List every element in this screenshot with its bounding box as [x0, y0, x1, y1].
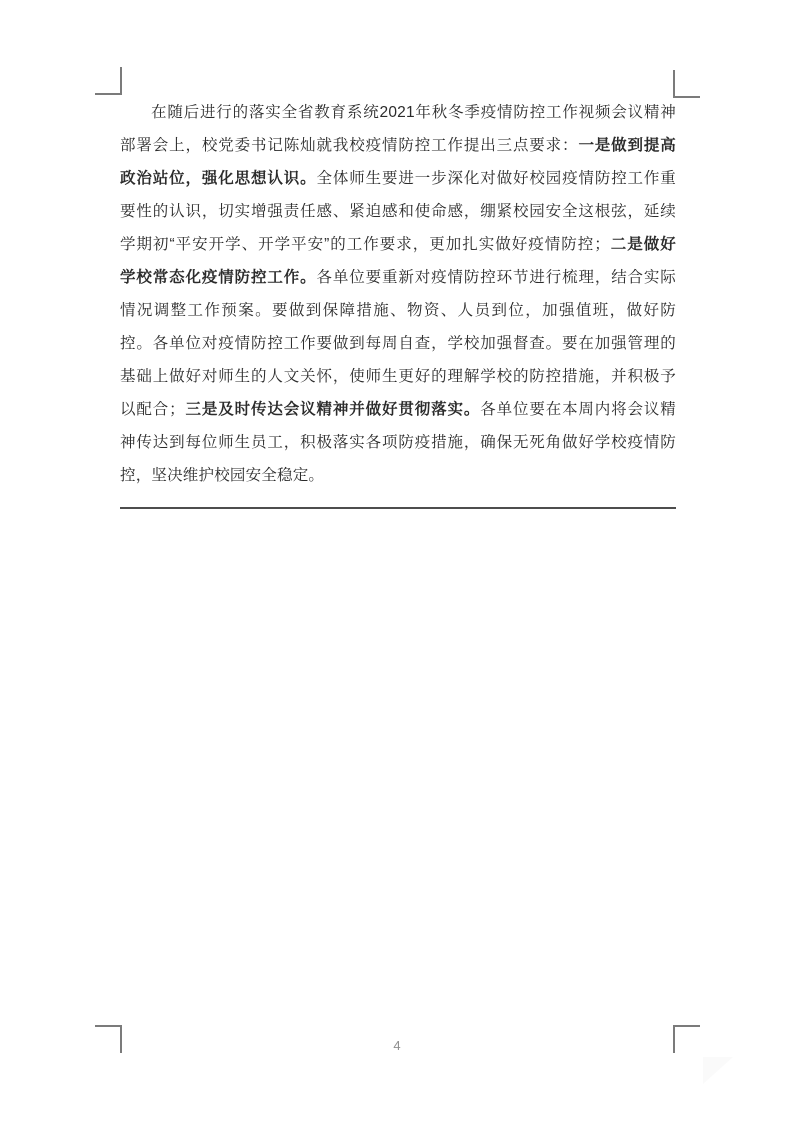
corner-mark-top-right-icon [673, 70, 700, 98]
text-segment: 控，坚决维护校园安全稳定。 [120, 467, 324, 484]
text-segment: 神传达到每位师生员工，积极落实各项防疫措施，确保无死角做好学校疫情防 [120, 434, 676, 451]
text-line: 控，坚决维护校园安全稳定。 [120, 459, 676, 492]
text-segment: 基础上做好对师生的人文关怀，使师生更好的理解学校的防控措施，并积极予 [120, 368, 676, 385]
emphasis-segment: 二是做好 [610, 236, 676, 253]
text-line: 部署会上，校党委书记陈灿就我校疫情防控工作提出三点要求：一是做到提高 [120, 129, 676, 162]
scan-artifact [703, 1057, 733, 1084]
emphasis-segment: 政治站位，强化思想认识。 [120, 170, 316, 187]
text-line: 基础上做好对师生的人文关怀，使师生更好的理解学校的防控措施，并积极予 [120, 360, 676, 393]
text-segment: 控。各单位对疫情防控工作要做到每周自查，学校加强督查。要在加强管理的 [120, 335, 676, 352]
text-segment: 各单位要在本周内将会议精 [480, 401, 676, 418]
text-segment: 以配合； [120, 401, 185, 418]
text-segment: 学期初“平安开学、开学平安”的工作要求，更加扎实做好疫情防控； [120, 236, 610, 253]
page-number: 4 [0, 1038, 794, 1053]
emphasis-segment: 学校常态化疫情防控工作。 [120, 269, 316, 286]
text-segment: 各单位要重新对疫情防控环节进行梳理，结合实际 [316, 269, 676, 286]
document-paragraph: 在随后进行的落实全省教育系统2021年秋冬季疫情防控工作视频会议精神部署会上，校… [120, 96, 676, 492]
text-line: 控。各单位对疫情防控工作要做到每周自查，学校加强督查。要在加强管理的 [120, 327, 676, 360]
text-line: 情况调整工作预案。要做到保障措施、物资、人员到位，加强值班，做好防 [120, 294, 676, 327]
text-segment: 在随后进行的落实全省教育系统2021年秋冬季疫情防控工作视频会议精神 [151, 104, 676, 121]
emphasis-segment: 三是及时传达会议精神并做好贯彻落实。 [185, 401, 480, 418]
text-line: 学校常态化疫情防控工作。各单位要重新对疫情防控环节进行梳理，结合实际 [120, 261, 676, 294]
emphasis-segment: 一是做到提高 [578, 137, 676, 154]
text-line: 在随后进行的落实全省教育系统2021年秋冬季疫情防控工作视频会议精神 [120, 96, 676, 129]
text-line: 政治站位，强化思想认识。全体师生要进一步深化对做好校园疫情防控工作重 [120, 162, 676, 195]
footnote-divider [120, 507, 676, 509]
corner-mark-top-left-icon [95, 67, 122, 95]
text-segment: 部署会上，校党委书记陈灿就我校疫情防控工作提出三点要求： [120, 137, 578, 154]
text-line: 神传达到每位师生员工，积极落实各项防疫措施，确保无死角做好学校疫情防 [120, 426, 676, 459]
text-segment: 全体师生要进一步深化对做好校园疫情防控工作重 [316, 170, 676, 187]
text-line: 学期初“平安开学、开学平安”的工作要求，更加扎实做好疫情防控；二是做好 [120, 228, 676, 261]
text-segment: 情况调整工作预案。要做到保障措施、物资、人员到位，加强值班，做好防 [120, 302, 676, 319]
document-page: 在随后进行的落实全省教育系统2021年秋冬季疫情防控工作视频会议精神部署会上，校… [0, 0, 794, 1123]
text-line: 以配合；三是及时传达会议精神并做好贯彻落实。各单位要在本周内将会议精 [120, 393, 676, 426]
text-segment: 要性的认识，切实增强责任感、紧迫感和使命感，绷紧校园安全这根弦，延续 [120, 203, 676, 220]
text-line: 要性的认识，切实增强责任感、紧迫感和使命感，绷紧校园安全这根弦，延续 [120, 195, 676, 228]
